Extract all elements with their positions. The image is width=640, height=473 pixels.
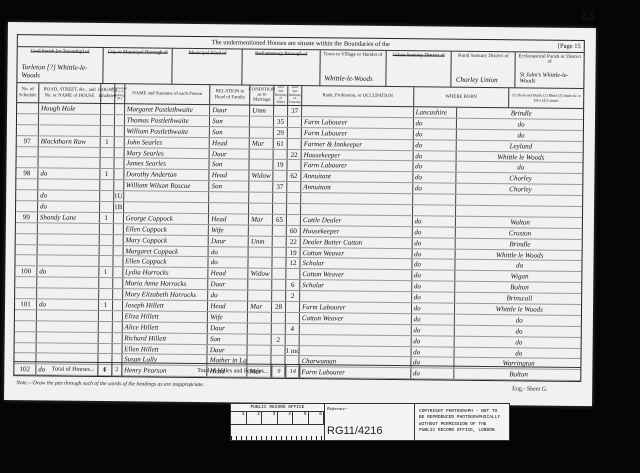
cell-where-county: do bbox=[412, 227, 456, 237]
cell-name: William Postlethwaite bbox=[124, 126, 210, 137]
cell-cond bbox=[250, 149, 274, 159]
cell-occ: Annuitant bbox=[301, 182, 413, 193]
ruler-mark: 5 bbox=[293, 412, 309, 424]
cell-m: 19 bbox=[274, 160, 288, 170]
cell-f: 22 bbox=[287, 237, 301, 247]
cell-sched bbox=[15, 277, 37, 287]
cell-name: Ellen Hillett bbox=[122, 344, 208, 355]
area-label: Town or Village or Hamlet of bbox=[321, 52, 386, 58]
cell-rel: do bbox=[209, 258, 249, 268]
col-age-male: AGE last Birthday of Males bbox=[274, 86, 288, 105]
cell-occ: Farm Labourer bbox=[302, 117, 414, 128]
cell-sched bbox=[15, 321, 37, 331]
cell-sched bbox=[16, 245, 38, 255]
cell-occ: Cattle Dealer bbox=[301, 215, 413, 226]
cell-un bbox=[113, 246, 123, 256]
cell-m bbox=[273, 236, 287, 246]
area-urban-sanitary: Urban Sanitary District of bbox=[386, 51, 452, 87]
cell-un bbox=[114, 180, 124, 190]
cell-where-county: do bbox=[413, 162, 457, 172]
cell-f bbox=[286, 269, 300, 279]
cell-where-county bbox=[413, 205, 457, 215]
cell-sched bbox=[16, 158, 38, 168]
cell-rel: Daur bbox=[208, 323, 248, 333]
cell-name: James Searles bbox=[124, 159, 210, 170]
cell-sched bbox=[17, 125, 39, 135]
cell-inh bbox=[101, 104, 115, 114]
cell-cond bbox=[249, 247, 273, 257]
cell-un bbox=[113, 289, 123, 299]
cell-m: 2 bbox=[272, 334, 286, 344]
cell-occ: Cotton Weaver bbox=[300, 313, 412, 324]
cell-un bbox=[113, 311, 123, 321]
area-parliamentary-borough: Parliamentary Borough of bbox=[243, 49, 321, 85]
cell-m: 35 bbox=[274, 117, 288, 127]
ruler-scale: 1 2 3 4 5 6 bbox=[231, 412, 324, 425]
cell-inh bbox=[99, 311, 113, 321]
cell-inh bbox=[99, 246, 113, 256]
cell-un bbox=[114, 213, 124, 223]
cell-address bbox=[37, 245, 99, 256]
cell-where-place: Chorley bbox=[457, 173, 583, 184]
cell-inh bbox=[100, 158, 114, 168]
cell-inh: 1 bbox=[99, 300, 113, 310]
cell-inh: 1 bbox=[100, 137, 114, 147]
cell-occ bbox=[302, 106, 414, 117]
cell-name: Richard Hillett bbox=[122, 333, 208, 344]
cell-un bbox=[112, 322, 122, 332]
cell-occ: Scholar bbox=[300, 280, 412, 291]
cell-rel: Son bbox=[210, 160, 250, 170]
cell-inh: 1 bbox=[100, 169, 114, 179]
cell-name: Alice Hillett bbox=[122, 322, 208, 333]
cell-inh bbox=[100, 180, 114, 190]
cell-name: Margaret Coppock bbox=[123, 246, 209, 257]
cell-rel: Daur bbox=[209, 279, 249, 289]
cell-f bbox=[287, 215, 301, 225]
cell-where-place: Leyland bbox=[457, 140, 583, 151]
cell-address: Hough Hole bbox=[39, 103, 101, 114]
cell-f bbox=[286, 302, 300, 312]
cell-where-place: Whittle le Woods bbox=[457, 151, 583, 162]
reference-box: Reference:- RG11/4216 bbox=[325, 404, 415, 440]
cell-m bbox=[272, 291, 286, 301]
area-ecclesiastical: Ecclesiastical Parish or District ofSt J… bbox=[516, 52, 584, 88]
cell-where-place: Whittle le Woods bbox=[455, 304, 581, 315]
page-label: [Page 15 bbox=[558, 41, 581, 53]
area-label: Municipal Ward of bbox=[173, 51, 242, 57]
cell-where-place: do bbox=[455, 336, 581, 347]
area-label: Parliamentary Borough of bbox=[243, 51, 320, 57]
cell-f bbox=[287, 182, 301, 192]
cell-m bbox=[273, 204, 287, 214]
cell-sched: 98 bbox=[16, 168, 38, 178]
cell-address bbox=[37, 310, 99, 321]
cell-inh bbox=[99, 224, 113, 234]
cell-address bbox=[38, 158, 100, 169]
office-name: PUBLIC RECORD OFFICE bbox=[231, 404, 324, 412]
cell-address: do bbox=[37, 299, 99, 310]
cell-occ: Farmer & Innkeeper bbox=[302, 139, 414, 150]
col-age-female: AGE last Birthday of Females bbox=[288, 86, 302, 105]
cell-where-county: do bbox=[412, 260, 456, 270]
cell-cond bbox=[249, 225, 273, 235]
cell-where-county: do bbox=[412, 303, 456, 313]
area-municipal-ward: Municipal Ward of bbox=[173, 49, 243, 85]
cell-f: 60 bbox=[287, 226, 301, 236]
cell-inh: 1 bbox=[100, 213, 114, 223]
cell-where-county: do bbox=[412, 216, 456, 226]
cell-cond: Mar bbox=[250, 138, 274, 148]
cell-where-county: do bbox=[413, 129, 457, 139]
cell-f: 2 bbox=[286, 291, 300, 301]
cell-rel: Daur bbox=[209, 236, 249, 246]
cell-name: Dorothy Anderton bbox=[124, 170, 210, 181]
cell-occ bbox=[301, 204, 413, 215]
cell-where-county: do bbox=[412, 238, 456, 248]
cell-rel: Daur bbox=[208, 345, 248, 355]
cell-name: Mary Searles bbox=[124, 148, 210, 159]
cell-where-place: do bbox=[455, 347, 581, 358]
cell-name: Mary Coppock bbox=[123, 235, 209, 246]
cell-where-place: Chorley bbox=[457, 184, 583, 195]
col-schedule: No. of Schedule bbox=[17, 83, 39, 102]
cell-occ: Annuitant bbox=[301, 171, 413, 182]
cell-sched bbox=[16, 234, 38, 244]
cell-where-place: Wigan bbox=[456, 271, 582, 282]
cell-cond: Widow bbox=[250, 171, 274, 181]
cell-sched bbox=[16, 201, 38, 211]
cell-cond: Mar bbox=[248, 302, 272, 312]
cell-occ: Farm Labourer bbox=[301, 161, 413, 172]
cell-inh bbox=[98, 322, 112, 332]
cell-address bbox=[38, 180, 100, 191]
cell-un bbox=[114, 148, 124, 158]
cell-un bbox=[112, 344, 122, 354]
col-condition: CONDITION as to Marriage bbox=[250, 86, 274, 105]
cell-where-county: do bbox=[411, 347, 455, 357]
cell-sched bbox=[15, 256, 37, 266]
cell-un bbox=[114, 169, 124, 179]
cell-inh bbox=[100, 202, 114, 212]
cell-un bbox=[115, 104, 125, 114]
cell-inh bbox=[101, 115, 115, 125]
cell-inh bbox=[99, 256, 113, 266]
cell-occ: Housekeeper bbox=[302, 150, 414, 161]
cell-f bbox=[286, 335, 300, 345]
area-value: St John's Whittle-le-Woods bbox=[520, 72, 584, 85]
ruler-mark: 1 bbox=[231, 412, 247, 424]
cell-occ: Dealer Butter Cotton bbox=[301, 237, 413, 248]
cell-rel: Head bbox=[208, 301, 248, 311]
cell-address bbox=[39, 125, 101, 136]
cell-f: 12 bbox=[286, 258, 300, 268]
cell-rel: Daur bbox=[210, 149, 250, 159]
cell-sched bbox=[17, 147, 39, 157]
total-uninhabited: 2 bbox=[112, 363, 122, 376]
total-males: 9 bbox=[272, 365, 286, 378]
cell-address bbox=[37, 256, 99, 267]
area-municipal-borough: City or Municipal Borough of bbox=[103, 48, 173, 84]
census-table: The undermentioned Houses are situate wi… bbox=[13, 34, 585, 382]
cell-occ: Housekeeper bbox=[301, 226, 413, 237]
cell-where-county: do bbox=[412, 281, 456, 291]
cell-f: 4 bbox=[286, 324, 300, 334]
cell-m: 29 bbox=[274, 128, 288, 138]
cell-where-place bbox=[456, 206, 582, 217]
area-label: City or Municipal Borough of bbox=[103, 50, 172, 56]
cell-address bbox=[37, 288, 99, 299]
cell-rel: Son bbox=[210, 181, 250, 191]
cell-cond: Unm bbox=[249, 236, 273, 246]
cell-f bbox=[288, 139, 302, 149]
col-where-born: WHERE BORN bbox=[414, 87, 510, 107]
cell-where-place: do bbox=[457, 162, 583, 173]
cell-where-place: Brindle bbox=[456, 238, 582, 249]
cell-rel: Head bbox=[209, 214, 249, 224]
cell-where-place: do bbox=[457, 129, 583, 140]
cell-rel: Wife bbox=[209, 225, 249, 235]
cell-cond: Widow bbox=[248, 269, 272, 279]
cell-un bbox=[115, 115, 125, 125]
cell-name: George Coppock bbox=[124, 213, 210, 224]
cell-where-county: do bbox=[413, 173, 457, 183]
cell-occ bbox=[301, 193, 413, 204]
cell-where-place: Whittle le Woods bbox=[456, 249, 582, 260]
record-office-stamp: PUBLIC RECORD OFFICE 1 2 3 4 5 6 Referen… bbox=[230, 403, 510, 441]
engraver-mark: Eng.- Sheet G. bbox=[512, 386, 547, 392]
cell-occ: Scholar bbox=[300, 259, 412, 270]
cell-address bbox=[37, 278, 99, 289]
total-inhabited: 6 bbox=[98, 363, 112, 376]
cell-cond bbox=[250, 127, 274, 137]
cell-sched bbox=[16, 179, 38, 189]
cell-sched bbox=[15, 332, 37, 342]
cell-inh bbox=[98, 344, 112, 354]
cell-sched bbox=[17, 103, 39, 113]
cell-occ: Farm Labourer bbox=[302, 128, 414, 139]
col-address: ROAD, STREET, &c., and No. or NAME of HO… bbox=[39, 83, 101, 103]
cell-cond bbox=[249, 258, 273, 268]
cell-m bbox=[272, 345, 286, 355]
col-occupation: Rank, Profession, or OCCUPATION bbox=[302, 86, 414, 106]
cell-rel bbox=[209, 203, 249, 213]
cell-m bbox=[273, 171, 287, 181]
cell-rel: Son bbox=[208, 334, 248, 344]
area-town-village: Town or Village or Hamlet ofWhittle-le-W… bbox=[320, 50, 386, 86]
cell-occ: Farm Labourer bbox=[300, 302, 412, 313]
cell-f bbox=[287, 193, 301, 203]
cell-cond bbox=[249, 204, 273, 214]
cell-inh: 1 bbox=[99, 267, 113, 277]
cell-sched: 99 bbox=[16, 212, 38, 222]
cell-where-county: do bbox=[411, 314, 455, 324]
area-civil-parish: Civil Parish [or Township] ofTarleton [?… bbox=[17, 47, 103, 83]
cell-where-place: Walton bbox=[456, 217, 582, 228]
cell-name: Margaret Postlethwaite bbox=[125, 104, 211, 115]
cell-f bbox=[288, 117, 302, 127]
ruler-mark: 3 bbox=[262, 412, 278, 424]
cell-rel: Daur bbox=[210, 105, 250, 115]
ruler-mark: 2 bbox=[247, 412, 263, 424]
cell-un bbox=[113, 300, 123, 310]
cell-where-county: do bbox=[412, 249, 456, 259]
sheet-number: 13 bbox=[580, 8, 594, 23]
cell-un bbox=[114, 126, 124, 136]
area-value: Tarleton [?] Whittle-le-Woods bbox=[21, 63, 102, 80]
cell-name: John Searles bbox=[124, 137, 210, 148]
area-label: Ecclesiastical Parish or District of bbox=[516, 54, 584, 65]
cell-f: 19 bbox=[287, 248, 301, 258]
cell-m bbox=[274, 149, 288, 159]
cell-m bbox=[272, 280, 286, 290]
cell-m bbox=[273, 258, 287, 268]
cell-inh bbox=[99, 235, 113, 245]
cell-occ bbox=[300, 324, 412, 335]
cell-inh bbox=[100, 148, 114, 158]
cell-un: 1U bbox=[114, 191, 124, 201]
cell-address: do bbox=[37, 267, 99, 278]
col-infirmity: (1) Deaf-and-Dumb (2) Blind (3) Imbecile… bbox=[509, 88, 583, 108]
cell-cond bbox=[248, 323, 272, 333]
cell-name bbox=[124, 202, 210, 213]
cell-name: Ellen Coppock bbox=[123, 224, 209, 235]
cell-rel: Son bbox=[210, 116, 250, 126]
cell-m bbox=[274, 106, 288, 116]
ruler-mark: 4 bbox=[278, 412, 294, 424]
cell-sched: 97 bbox=[17, 136, 39, 146]
cell-un bbox=[113, 224, 123, 234]
cell-sched bbox=[16, 223, 38, 233]
cell-name: Eliza Hillett bbox=[122, 311, 208, 322]
cell-name: Mary Elizabeth Horrocks bbox=[123, 289, 209, 300]
cell-where-place: Brindle bbox=[457, 108, 583, 119]
cell-f bbox=[287, 204, 301, 214]
cell-occ: Cotton Weaver bbox=[301, 248, 413, 259]
cell-m bbox=[273, 226, 287, 236]
cell-un bbox=[114, 137, 124, 147]
cell-where-place: do bbox=[455, 326, 581, 337]
census-rows: Hough HoleMargaret PostlethwaiteDaurUnm3… bbox=[14, 103, 583, 381]
cell-f bbox=[288, 128, 302, 138]
cell-where-place bbox=[457, 195, 583, 206]
pro-ruler-box: PUBLIC RECORD OFFICE 1 2 3 4 5 6 bbox=[231, 404, 325, 440]
cell-m bbox=[272, 313, 286, 323]
cell-name: William Wilson Roscoe bbox=[124, 180, 210, 191]
col-name: NAME and Surname of each Person bbox=[125, 84, 211, 104]
cell-f bbox=[286, 313, 300, 323]
cell-m: 28 bbox=[272, 302, 286, 312]
cell-un bbox=[113, 278, 123, 288]
cell-sched bbox=[15, 310, 37, 320]
cell-address: Blackthorn Row bbox=[39, 136, 101, 147]
cell-occ bbox=[300, 335, 412, 346]
cell-address bbox=[36, 343, 98, 354]
reference-label: Reference:- bbox=[325, 404, 414, 413]
cell-rel bbox=[209, 192, 249, 202]
cell-f: 22 bbox=[288, 149, 302, 159]
area-label: Civil Parish [or Township] of bbox=[18, 49, 103, 55]
cell-cond bbox=[248, 280, 272, 290]
cell-m bbox=[272, 324, 286, 334]
cell-occ: Cotton Weaver bbox=[300, 269, 412, 280]
cell-where-county bbox=[413, 194, 457, 204]
area-headings: Civil Parish [or Township] ofTarleton [?… bbox=[17, 47, 583, 89]
cell-inh bbox=[98, 333, 112, 343]
cell-rel: Wife bbox=[208, 312, 248, 322]
cell-rel: Son bbox=[210, 127, 250, 137]
cell-address bbox=[39, 147, 101, 158]
cell-address bbox=[38, 234, 100, 245]
cell-where-county: do bbox=[411, 336, 455, 346]
cell-name: Thomas Postlethwaite bbox=[125, 115, 211, 126]
cell-cond bbox=[248, 312, 272, 322]
area-rural-sanitary: Rural Sanitary District ofChorley Union bbox=[452, 52, 516, 88]
area-label: Rural Sanitary District of bbox=[452, 54, 515, 60]
cell-address bbox=[37, 321, 99, 332]
header-text: The undermentioned Houses are situate wi… bbox=[211, 39, 390, 48]
cell-cond bbox=[249, 182, 273, 192]
ruler-mark: 6 bbox=[309, 412, 325, 424]
cell-cond bbox=[249, 193, 273, 203]
cell-address: do bbox=[38, 201, 100, 212]
cell-address bbox=[37, 332, 99, 343]
cell-where-county: do bbox=[413, 183, 457, 193]
cell-rel: Head bbox=[209, 268, 249, 278]
cell-un bbox=[114, 159, 124, 169]
copyright-notice: COPYRIGHT PHOTOGRAPH - NOT TO BE REPRODU… bbox=[415, 404, 509, 440]
col-relation: RELATION to Head of Family bbox=[210, 85, 250, 104]
cell-rel: Head bbox=[210, 170, 250, 180]
cell-inh bbox=[101, 126, 115, 136]
total-houses-label: Total of Houses... bbox=[14, 362, 98, 376]
cell-where-place: do bbox=[455, 315, 581, 326]
cell-occ bbox=[300, 346, 412, 357]
cell-m bbox=[273, 247, 287, 257]
cell-f: 37 bbox=[288, 106, 302, 116]
cell-where-place: Bolton bbox=[456, 282, 582, 293]
cell-where-county: do bbox=[411, 325, 455, 335]
cell-address bbox=[38, 223, 100, 234]
cell-cond bbox=[250, 116, 274, 126]
cell-where-county: do bbox=[412, 292, 456, 302]
cell-rel: do bbox=[209, 247, 249, 257]
cell-name: Maria Anne Horrocks bbox=[123, 278, 209, 289]
total-persons-label: Total of Males and Females... bbox=[122, 363, 272, 378]
cell-f: 62 bbox=[287, 171, 301, 181]
cell-sched bbox=[15, 343, 37, 353]
cell-where-place: Brinscall bbox=[456, 293, 582, 304]
cell-address bbox=[39, 114, 101, 125]
cell-cond: Mar bbox=[249, 214, 273, 224]
cell-address: do bbox=[38, 190, 100, 201]
cell-un bbox=[113, 235, 123, 245]
cell-where-county: do bbox=[412, 271, 456, 281]
cell-cond: Unm bbox=[250, 106, 274, 116]
cell-occ bbox=[300, 291, 412, 302]
cell-address: Shandy Lane bbox=[38, 212, 100, 223]
cell-cond bbox=[248, 345, 272, 355]
cell-rel: Head bbox=[210, 138, 250, 148]
cell-where-county: do bbox=[414, 118, 458, 128]
cell-where-county: Lancashire bbox=[414, 107, 458, 117]
cell-sched bbox=[17, 114, 39, 124]
ruler-ticks bbox=[231, 425, 324, 440]
cell-name bbox=[124, 191, 210, 202]
cell-f: 1 mo bbox=[286, 346, 300, 356]
cell-m bbox=[273, 193, 287, 203]
cell-cond bbox=[248, 291, 272, 301]
